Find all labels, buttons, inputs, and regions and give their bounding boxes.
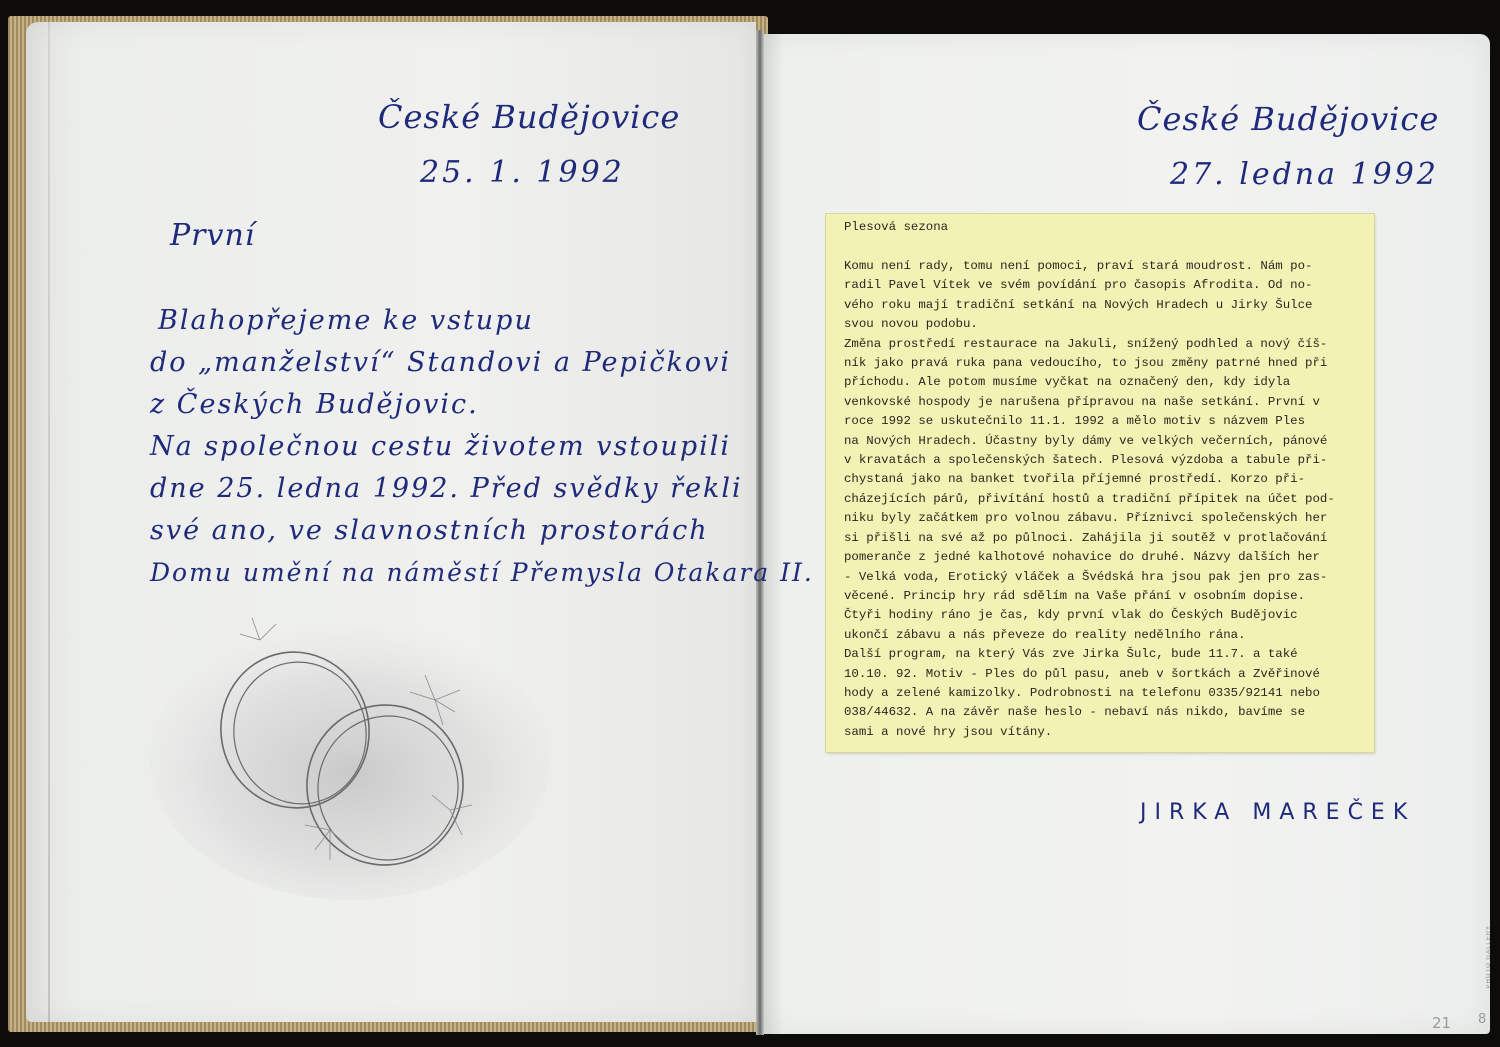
clipping-line: hody a zelené kamizolky. Podrobnosti na … (844, 684, 1360, 703)
clipping-line: chystaná jako na banket tvořila příjemné… (844, 470, 1360, 489)
left-date: 25. 1. 1992 (420, 155, 625, 190)
left-heading: První (170, 218, 255, 253)
clipping-line: věcené. Princip hry rád sdělím na Vaše p… (844, 587, 1360, 606)
page-fold-line (48, 22, 50, 1022)
text-line: Blahopřejeme ke vstupu (150, 300, 814, 342)
clipping-line: - Velká voda, Erotický vláček a Švédská … (844, 568, 1360, 587)
right-date: 27. ledna 1992 (1170, 157, 1439, 192)
page-number: 21 (1432, 1014, 1451, 1032)
clipping-line: příchodu. Ale potom musíme vyčkat na ozn… (844, 373, 1360, 392)
clipping-line: vého roku mají tradiční setkání na Novýc… (844, 296, 1360, 315)
clipping-line: ník jako pravá ruka pana vedoucího, to j… (844, 354, 1360, 373)
text-line: z Českých Budějovic. (150, 384, 814, 426)
side-label: PHOTO GALLERY (1486, 925, 1492, 988)
clipping-line: venkovské hospody je narušena přípravou … (844, 393, 1360, 412)
right-place-heading: České Budějovice (1137, 100, 1439, 138)
clipping-line: roce 1992 se uskutečnilo 11.1. 1992 a mě… (844, 412, 1360, 431)
clipping-line: ukončí zábavu a nás převeze do reality n… (844, 626, 1360, 645)
signature: JIRKA MAREČEK (1140, 800, 1415, 825)
clipping-line: Změna prostředí restaurace na Jakuli, sn… (844, 335, 1360, 354)
clipping-line: svou novou podobu. (844, 315, 1360, 334)
clipping-line: sami a nové hry jsou vítány. (844, 723, 1360, 742)
clipping-line: 10.10. 92. Motiv - Ples do půl pasu, ane… (844, 665, 1360, 684)
clipping-line: Další program, na který Vás zve Jirka Šu… (844, 645, 1360, 664)
text-line: Na společnou cestu životem vstoupili (150, 426, 814, 468)
clipping-line: niku byly začátkem pro volnou zábavu. Př… (844, 509, 1360, 528)
clipping-line: Čtyři hodiny ráno je čas, kdy první vlak… (844, 606, 1360, 625)
clipping-line: si přišli na své až po půlnoci. Zahájila… (844, 529, 1360, 548)
clipping-line: na Nových Hradech. Účastny byly dámy ve … (844, 432, 1360, 451)
corner-mark: 8 (1478, 1012, 1486, 1027)
clipping-line: radil Pavel Vítek ve svém povídání pro č… (844, 276, 1360, 295)
left-congratulation-text: Blahopřejeme ke vstupu do „manželství“ S… (150, 300, 814, 594)
clipping-title: Plesová sezona (844, 218, 1360, 237)
text-line: Domu umění na náměstí Přemysla Otakara I… (150, 552, 814, 594)
left-place-heading: České Budějovice (378, 98, 680, 136)
text-line: dne 25. ledna 1992. Před svědky řekli (150, 468, 814, 510)
clipping-line: pomeranče z jedné kalhotové nohavice do … (844, 548, 1360, 567)
clipping-line: v kravatách a společenských šatech. Ples… (844, 451, 1360, 470)
wedding-rings-drawing (150, 600, 550, 900)
clipping-line: 038/44632. A na závěr naše heslo - nebav… (844, 703, 1360, 722)
clipping-line: Komu není rady, tomu není pomoci, praví … (844, 257, 1360, 276)
newspaper-clipping: Plesová sezona Komu není rady, tomu není… (826, 214, 1374, 752)
text-line: své ano, ve slavnostních prostorách (150, 510, 814, 552)
text-line: do „manželství“ Standovi a Pepičkovi (150, 342, 814, 384)
clipping-line: cházejících párů, přivítání hostů a trad… (844, 490, 1360, 509)
